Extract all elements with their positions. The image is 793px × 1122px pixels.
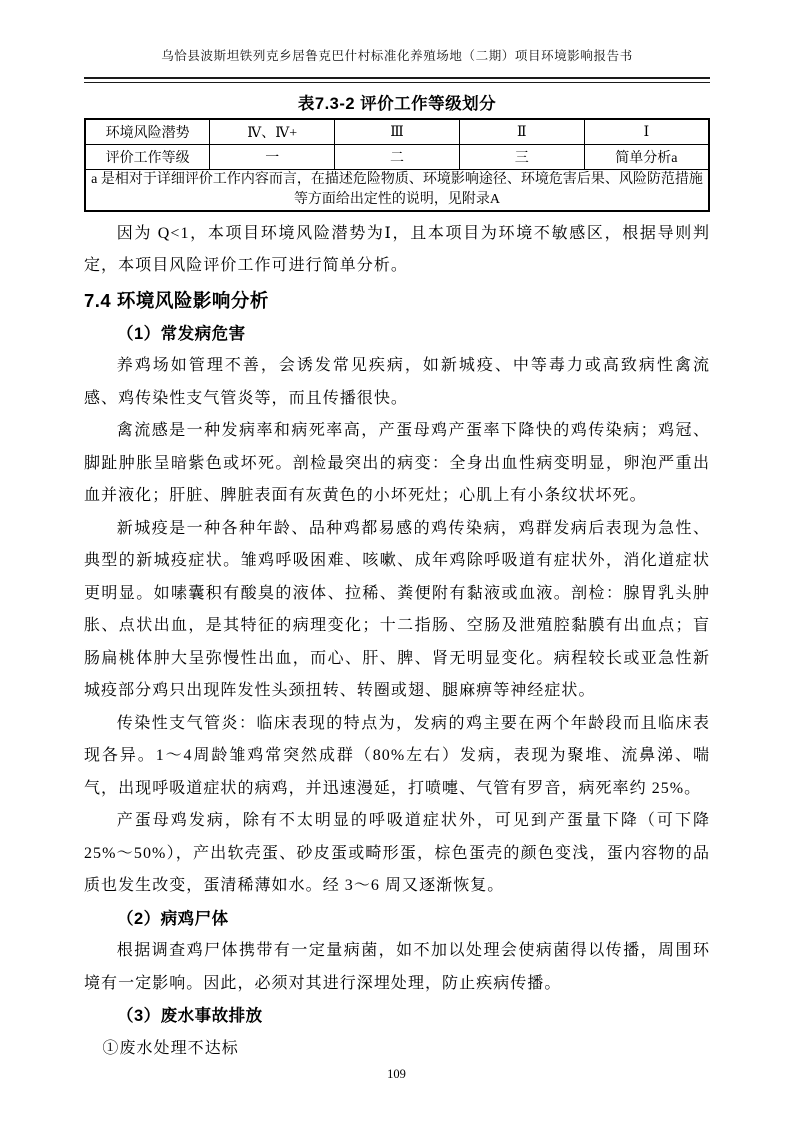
paragraph: 传染性支气管炎：临床表现的特点为，发病的鸡主要在两个年龄段而且临床表现各异。1～… [84, 708, 710, 806]
subsection-heading-2: （2）病鸡尸体 [84, 903, 710, 936]
table-cell: Ⅳ、Ⅳ+ [210, 119, 335, 145]
table-row-risk-potential: 环境风险潜势 Ⅳ、Ⅳ+ Ⅲ Ⅱ Ⅰ [85, 119, 709, 145]
table-cell: 简单分析a [584, 145, 709, 170]
table-cell: Ⅲ [335, 119, 460, 145]
intro-paragraph: 因为 Q<1，本项目环境风险潜势为Ⅰ，且本项目为环境不敏感区，根据导则判定，本项… [84, 218, 710, 283]
table-cell: Ⅱ [459, 119, 584, 145]
table-footnote: a 是相对于详细评价工作内容而言，在描述危险物质、环境影响途径、环境危害后果、风… [85, 170, 709, 211]
paragraph: 禽流感是一种发病率和病死率高，产蛋母鸡产蛋率下降快的鸡传染病；鸡冠、脚趾肿胀呈暗… [84, 415, 710, 513]
header-divider [84, 77, 710, 83]
list-item-circled-1: ①废水处理不达标 [84, 1033, 710, 1066]
evaluation-grade-table: 环境风险潜势 Ⅳ、Ⅳ+ Ⅲ Ⅱ Ⅰ 评价工作等级 一 二 三 简单分析a a 是… [84, 118, 710, 212]
paragraph: 产蛋母鸡发病，除有不太明显的呼吸道症状外，可见到产蛋量下降（可下降25%～50%… [84, 805, 710, 903]
document-header-title: 乌恰县波斯坦铁列克乡居鲁克巴什村标准化养殖场地（二期）项目环境影响报告书 [84, 0, 710, 64]
paragraph: 新城疫是一种各种年龄、品种鸡都易感的鸡传染病，鸡群发病后表现为急性、典型的新城疫… [84, 513, 710, 708]
section-heading-7-4: 7.4 环境风险影响分析 [84, 286, 710, 316]
paragraph: 养鸡场如管理不善，会诱发常见疾病，如新城疫、中等毒力或高致病性禽流感、鸡传染性支… [84, 350, 710, 415]
table-row-footnote: a 是相对于详细评价工作内容而言，在描述危险物质、环境影响途径、环境危害后果、风… [85, 170, 709, 211]
table-cell: 三 [459, 145, 584, 170]
table-cell: Ⅰ [584, 119, 709, 145]
table-cell: 环境风险潜势 [85, 119, 210, 145]
table-cell: 评价工作等级 [85, 145, 210, 170]
table-cell: 二 [335, 145, 460, 170]
table-row-work-grade: 评价工作等级 一 二 三 简单分析a [85, 145, 709, 170]
table-cell: 一 [210, 145, 335, 170]
document-page: 乌恰县波斯坦铁列克乡居鲁克巴什村标准化养殖场地（二期）项目环境影响报告书 表7.… [0, 0, 793, 1122]
subsection-heading-3: （3）废水事故排放 [84, 1000, 710, 1033]
paragraph: 根据调查鸡尸体携带有一定量病菌，如不加以处理会使病菌得以传播，周围环境有一定影响… [84, 935, 710, 1000]
page-number: 109 [0, 1067, 793, 1082]
subsection-heading-1: （1）常发病危害 [84, 318, 710, 351]
table-caption: 表7.3-2 评价工作等级划分 [84, 90, 710, 114]
